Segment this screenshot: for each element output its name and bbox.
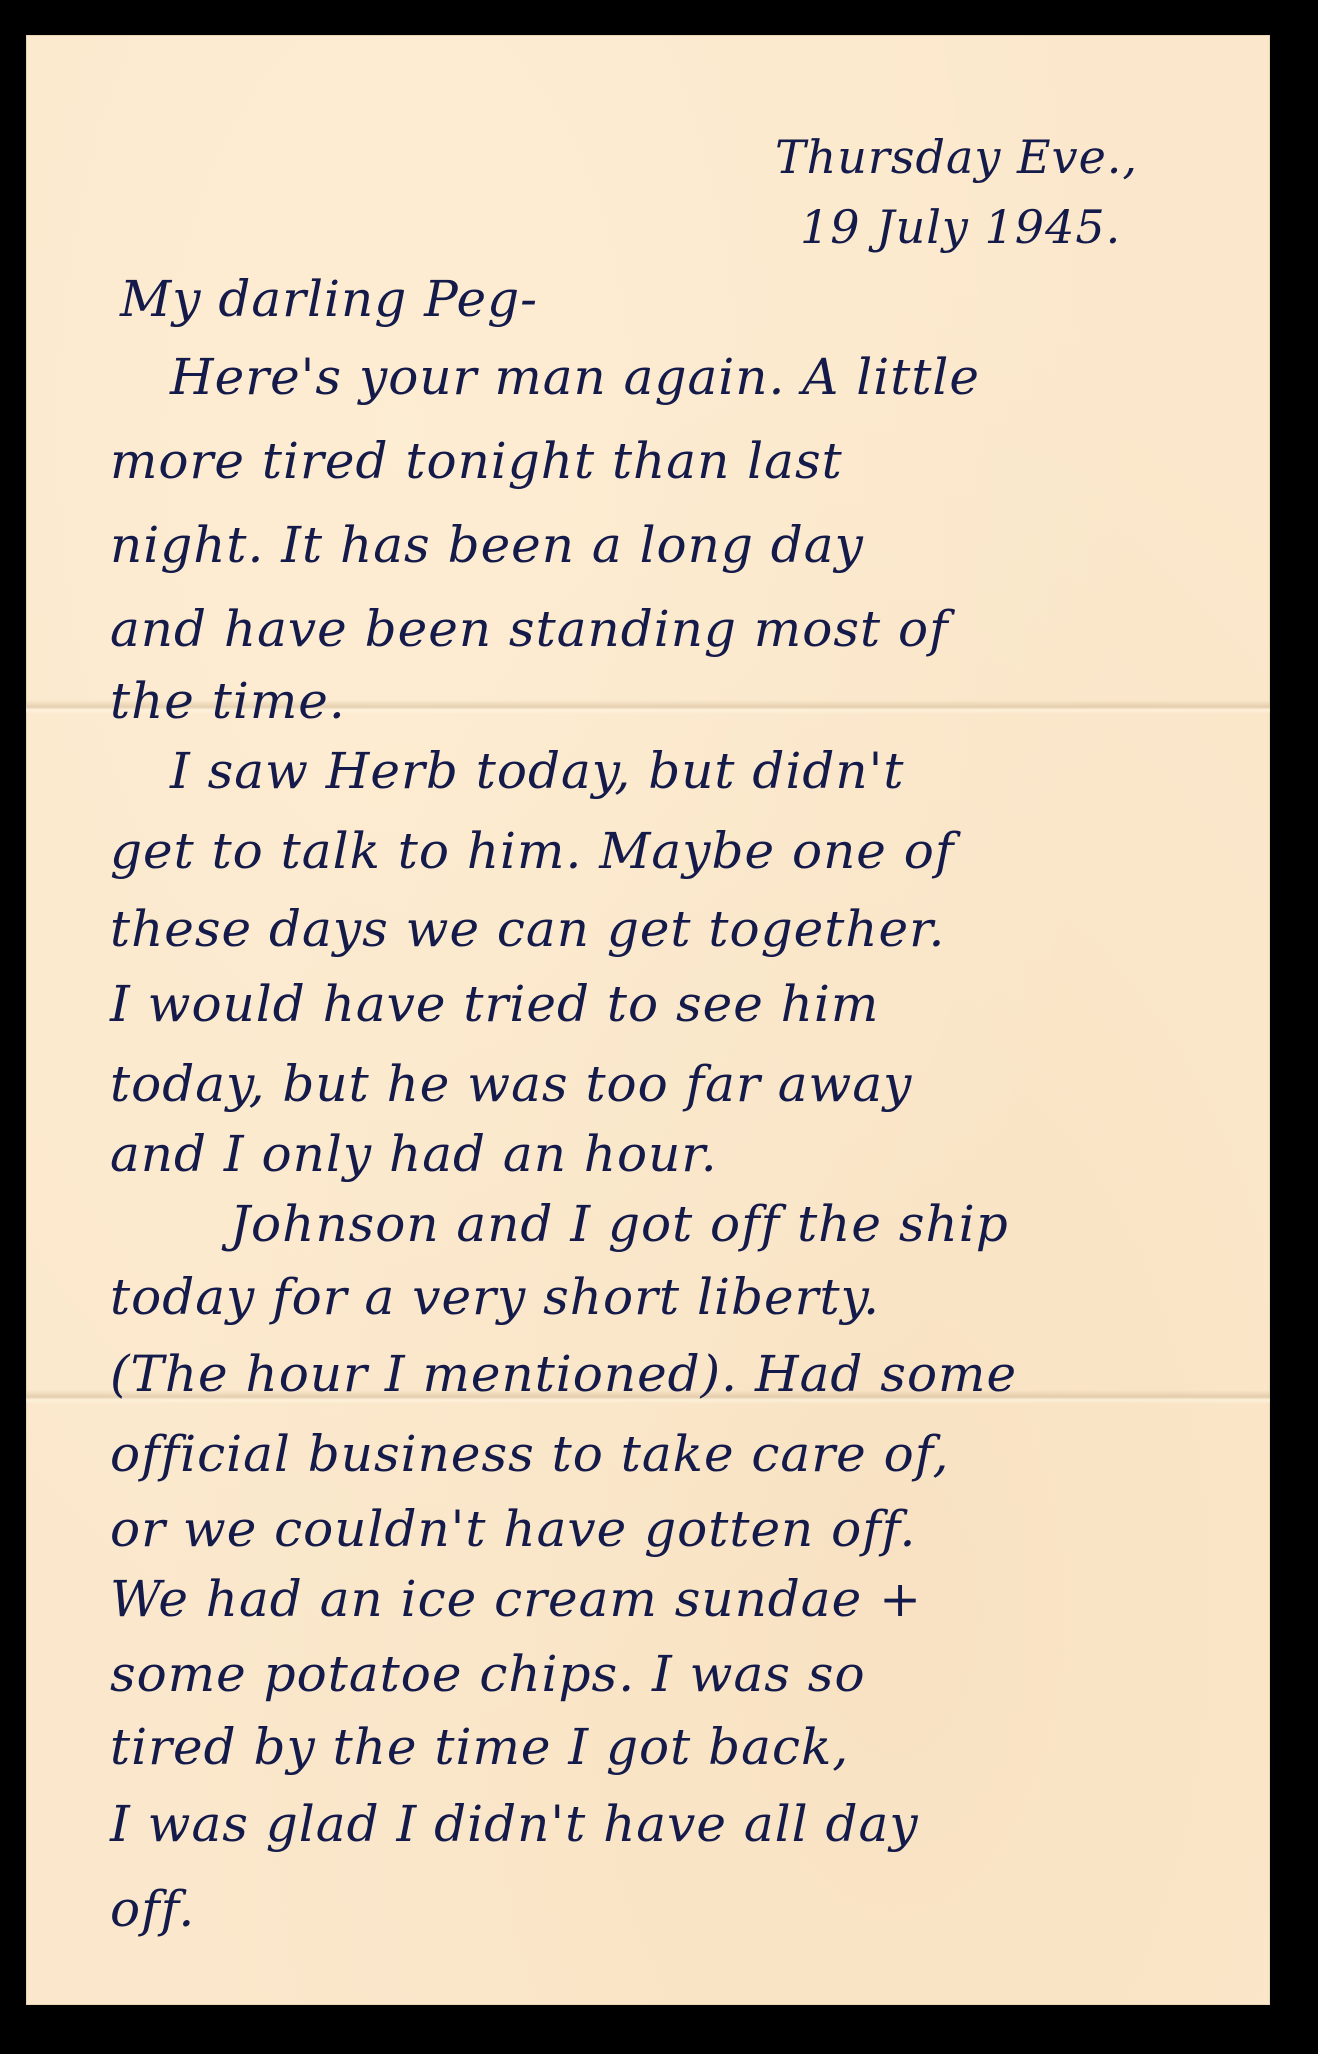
letter-line: today for a very short liberty.	[110, 1268, 880, 1326]
letter-line: Johnson and I got off the ship	[230, 1195, 1009, 1253]
letter-line: and have been standing most of	[110, 600, 949, 658]
letter-line: some potatoe chips. I was so	[110, 1645, 866, 1703]
letter-line: these days we can get together.	[110, 900, 945, 958]
letter-line: tired by the time I got back,	[110, 1718, 849, 1776]
letter-line: get to talk to him. Maybe one of	[110, 822, 954, 880]
letter-line: or we couldn't have gotten off.	[110, 1500, 916, 1558]
date-line: 19 July 1945.	[800, 200, 1121, 254]
letter-line: We had an ice cream sundae +	[110, 1570, 922, 1628]
letter-line: official business to take care of,	[110, 1425, 949, 1483]
letter-line: Here's your man again. A little	[170, 348, 980, 406]
date-day-line: Thursday Eve.,	[775, 130, 1138, 184]
letter-line: I would have tried to see him	[110, 975, 879, 1033]
letter-line: the time.	[110, 672, 346, 730]
letter-line: I was glad I didn't have all day	[110, 1795, 919, 1853]
letter-line: and I only had an hour.	[110, 1125, 718, 1183]
letter-line: (The hour I mentioned). Had some	[110, 1345, 1017, 1403]
letter-line: night. It has been a long day	[110, 516, 864, 574]
letter-line: more tired tonight than last	[110, 432, 843, 490]
letter-line: off.	[110, 1880, 195, 1938]
letter-line: today, but he was too far away	[110, 1055, 912, 1113]
letter-line: I saw Herb today, but didn't	[170, 742, 904, 800]
salutation: My darling Peg-	[120, 270, 538, 328]
